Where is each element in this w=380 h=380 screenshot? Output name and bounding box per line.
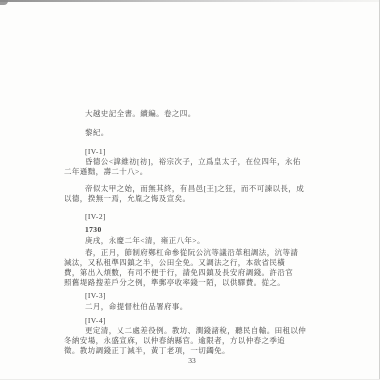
year-heading: 1730 bbox=[64, 225, 320, 235]
paragraph-line: 徵。教坊調錢正丁減半，黃丁老項，一切蠲免。 bbox=[64, 346, 320, 356]
paragraph-line: 費，第出入煩數，有司不便于行，請免四鎮及長安府調錢。許沿官 bbox=[64, 268, 320, 278]
scan-corner-mark bbox=[0, 0, 8, 5]
paragraph-line: 二年遜黜，壽二十八>。 bbox=[64, 167, 320, 177]
entry-label-iv2: [IV-2] bbox=[64, 212, 320, 222]
paragraph-line: 昏德公<諱維祊[祊]，裕宗次子，立爲皇太子，在位四年，永佑 bbox=[64, 157, 320, 167]
paragraph-line: 二月，命提督杜伯品署府事。 bbox=[64, 302, 320, 312]
paragraph-line: 以德，揆無一焉，允胤之悔及宣矣。 bbox=[64, 194, 320, 204]
scan-edge-top bbox=[0, 0, 380, 2]
paragraph-line: 冬納安場，永盛宣庥，以仲春納縣官。逾限者，方以仲春之季追 bbox=[64, 336, 320, 346]
book-title-line: 大越史記全書。續編。卷之四。 bbox=[64, 109, 320, 119]
entry-label-iv3: [IV-3] bbox=[64, 291, 320, 301]
paragraph-line: 帝似太甲之始，而無其終，有昌邑[王]之狂，而不可諫以長，成 bbox=[64, 184, 320, 194]
page-number: 33 bbox=[64, 356, 320, 366]
paragraph-line: 更定清，乂二處差役例。教坊、澗錢諸稅，聽民自輸。田租以仲 bbox=[64, 326, 320, 336]
text-column: 大越史記全書。續編。卷之四。 黎紀。 [IV-1] 昏德公<諱維祊[祊]，裕宗次… bbox=[64, 109, 320, 366]
annals-heading: 黎紀。 bbox=[64, 128, 320, 138]
scanned-book-page: 大越史記全書。續編。卷之四。 黎紀。 [IV-1] 昏德公<諱維祊[祊]，裕宗次… bbox=[0, 0, 380, 380]
entry-label-iv1: [IV-1] bbox=[64, 147, 320, 157]
paragraph-line: 減汰，又私租準四鎮之半，公田全免。又調法之行，本欲省民橫 bbox=[64, 258, 320, 268]
paragraph-line: 照舊堤路搜差戶分之例，準郵亭收率錢一陌，以供驛費。從之。 bbox=[64, 278, 320, 288]
paragraph-line: 春，正月，節制府鄭杠命參從阮公沆等議沿革租調法，沆等請 bbox=[64, 248, 320, 258]
entry-label-iv4: [IV-4] bbox=[64, 316, 320, 326]
date-line: 庚戌，永慶二年<清，雍正八年>。 bbox=[64, 236, 320, 246]
